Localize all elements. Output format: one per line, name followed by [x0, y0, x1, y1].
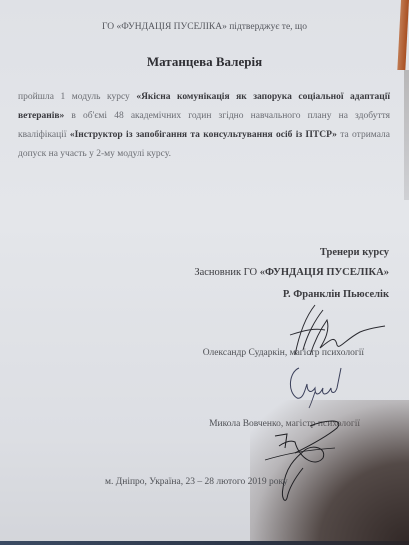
founder-name: Р. Франклін Пьюселік: [283, 289, 389, 300]
qualification-title: «Інструктор із запобігання та консультув…: [70, 130, 337, 140]
founder-label: Засновник ГО: [194, 267, 259, 278]
recipient-name: Матанцева Валерія: [0, 54, 409, 70]
founder-line: Засновник ГО «ФУНДАЦІЯ ПУСЕЛІКА»: [194, 267, 389, 278]
certificate-body: пройшла 1 модуль курсу «Якісна комунікац…: [18, 88, 390, 164]
signature-3-icon: [265, 418, 365, 508]
place-and-date: м. Дніпро, Україна, 23 – 28 лютого 2019 …: [105, 477, 288, 487]
paper-edge: [404, 70, 409, 200]
trainer-1: Олександр Сударкін, магістр психології: [203, 348, 364, 358]
certificate-header: ГО «ФУНДАЦІЯ ПУСЕЛІКА» підтверджує те, щ…: [0, 22, 409, 32]
body-part1: пройшла 1 модуль курсу: [18, 92, 136, 102]
founder-org: «ФУНДАЦІЯ ПУСЕЛІКА»: [260, 267, 389, 278]
trainers-label: Тренери курсу: [320, 247, 389, 258]
table-edge: [0, 541, 409, 545]
